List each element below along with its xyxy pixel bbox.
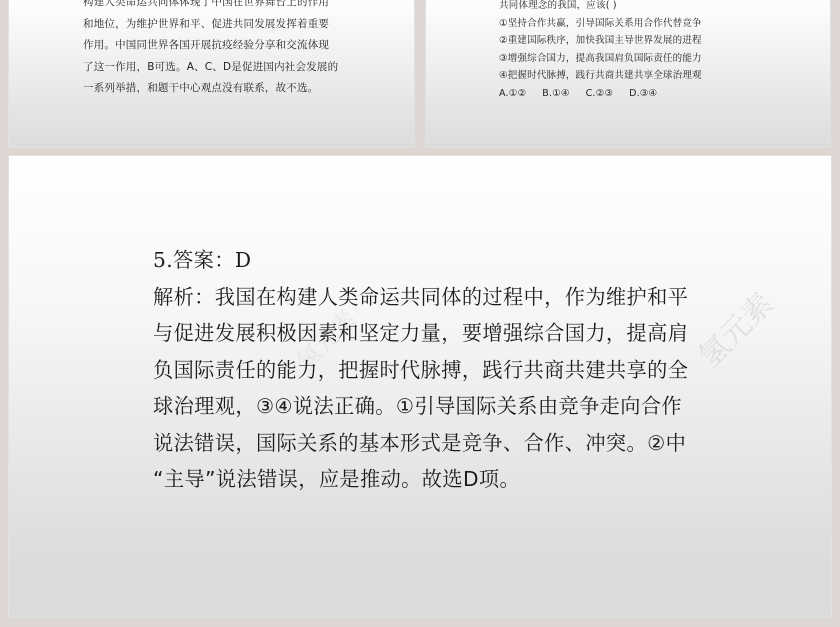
analysis-line: 球治理观，③④说法正确。①引导国际关系由竞争走向合作 xyxy=(153,388,688,425)
analysis-line: 解析：我国在构建人类命运共同体的过程中，作为维护和平 xyxy=(153,279,688,316)
statement-3: ③增强综合国力，提高我国肩负国际责任的能力 xyxy=(499,50,702,68)
statement-4: ④把握时代脉搏，践行共商共建共享全球治理观 xyxy=(499,67,702,85)
question-stem: 共同体理念的我国，应该( ) xyxy=(499,0,702,15)
watermark: 氢元素 xyxy=(687,281,782,376)
statement-2: ②重建国际秩序，加快我国主导世界发展的进程 xyxy=(499,32,702,50)
analysis-line: 说法错误，国际关系的基本形式是竞争、合作、冲突。②中 xyxy=(153,425,688,462)
analysis-line: 与促进发展积极因素和坚定力量，要增强综合国力，提高肩 xyxy=(153,315,688,352)
analysis-line: “主导”说法错误，应是推动。故选D项。 xyxy=(153,461,688,498)
text-line: 和地位，为维护世界和平、促进共同发展发挥着重要 xyxy=(83,14,338,36)
answer-heading: 5.答案：D xyxy=(153,242,688,279)
question-card: 共同体理念的我国，应该( ) ①坚持合作共赢，引导国际关系用合作代替竞争 ②重建… xyxy=(425,0,831,148)
statement-1: ①坚持合作共赢，引导国际关系用合作代替竞争 xyxy=(499,15,702,33)
text-line: 作用。中国同世界各国开展抗疫经验分享和交流体现 xyxy=(83,35,338,57)
analysis-line: 负国际责任的能力，把握时代脉搏，践行共商共建共享的全 xyxy=(153,352,688,389)
text-line: 构建人类命运共同体体现了中国在世界舞台上的作用 xyxy=(83,0,338,14)
option-b: B.①④ xyxy=(542,85,569,103)
option-c: C.②③ xyxy=(586,85,614,103)
option-d: D.③④ xyxy=(629,85,657,103)
answer-options: A.①② B.①④ C.②③ D.③④ xyxy=(499,85,702,103)
explanation-card-previous: 构建人类命运共同体体现了中国在世界舞台上的作用 和地位，为维护世界和平、促进共同… xyxy=(8,0,415,148)
text-line: 了这一作用，B可选。A、C、D是促进国内社会发展的 xyxy=(83,57,338,79)
answer-explanation: 5.答案：D 解析：我国在构建人类命运共同体的过程中，作为维护和平 与促进发展积… xyxy=(153,242,688,498)
question-text: 共同体理念的我国，应该( ) ①坚持合作共赢，引导国际关系用合作代替竞争 ②重建… xyxy=(499,0,702,102)
text-line: 一系列举措，和题干中心观点没有联系，故不选。 xyxy=(83,78,338,100)
option-a: A.①② xyxy=(499,85,526,103)
answer-card: 氢元素 氢元素 5.答案：D 解析：我国在构建人类命运共同体的过程中，作为维护和… xyxy=(8,155,832,618)
previous-explanation-text: 构建人类命运共同体体现了中国在世界舞台上的作用 和地位，为维护世界和平、促进共同… xyxy=(83,0,338,100)
